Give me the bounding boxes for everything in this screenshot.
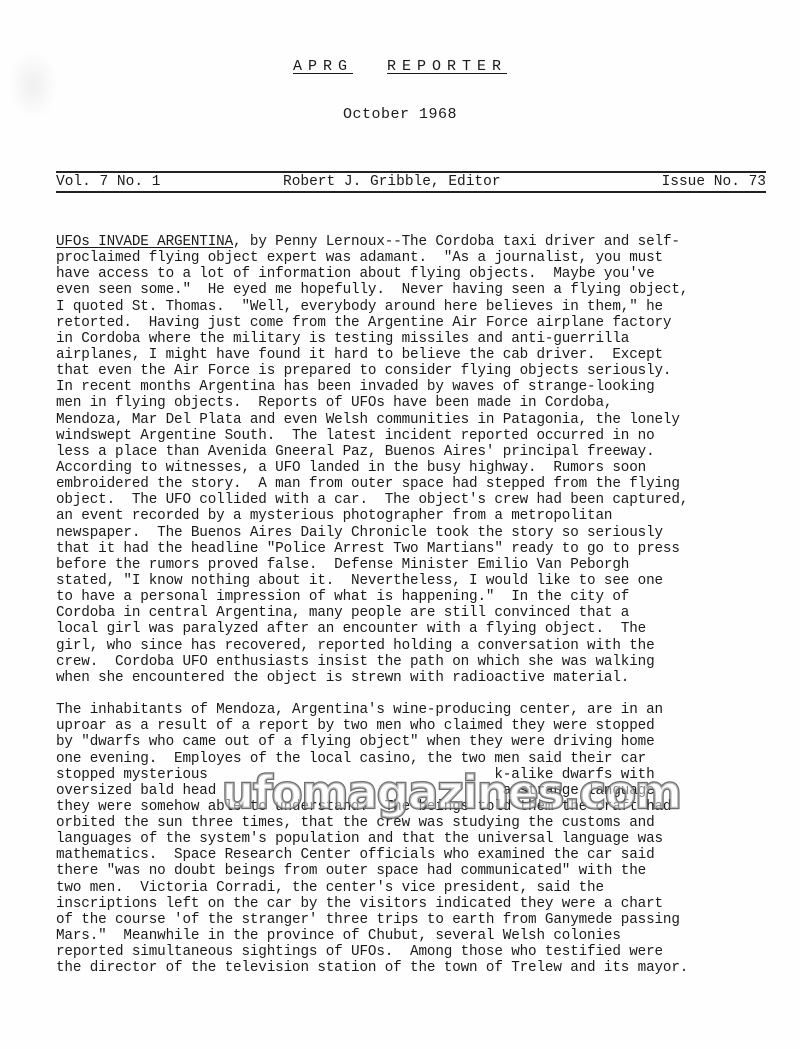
text-line: even seen some." He eyed me hopefully. N… bbox=[56, 282, 796, 298]
paragraph-gap bbox=[56, 686, 796, 702]
text-line: to have a personal impression of what is… bbox=[56, 589, 796, 605]
text-line: that even the Air Force is prepared to c… bbox=[56, 363, 796, 379]
text-line: have access to a lot of information abou… bbox=[56, 266, 796, 282]
text-line: two men. Victoria Corradi, the center's … bbox=[56, 880, 796, 896]
text-line: that it had the headline "Police Arrest … bbox=[56, 541, 796, 557]
text-line: Mars." Meanwhile in the province of Chub… bbox=[56, 928, 796, 944]
title-reporter: REPORTER bbox=[387, 58, 507, 75]
issue-number: Issue No. 73 bbox=[662, 174, 766, 190]
article-byline: , by Penny Lernoux--The Cordoba taxi dri… bbox=[233, 234, 680, 250]
text-line: Cordoba in central Argentina, many peopl… bbox=[56, 605, 796, 621]
text-line: less a place than Avenida Gneeral Paz, B… bbox=[56, 444, 796, 460]
text-line: Mendoza, Mar Del Plata and even Welsh co… bbox=[56, 412, 796, 428]
text-line: proclaimed flying object expert was adam… bbox=[56, 250, 796, 266]
document-page: APRGREPORTER October 1968 Vol. 7 No. 1 R… bbox=[0, 0, 800, 1049]
text-line: local girl was paralyzed after an encoun… bbox=[56, 621, 796, 637]
text-line: embroidered the story. A man from outer … bbox=[56, 476, 796, 492]
issue-date: October 1968 bbox=[0, 106, 800, 123]
volume-number: Vol. 7 No. 1 bbox=[56, 174, 160, 190]
masthead: Vol. 7 No. 1 Robert J. Gribble, Editor I… bbox=[56, 171, 766, 193]
text-line: uproar as a result of a report by two me… bbox=[56, 718, 796, 734]
text-line: mathematics. Space Research Center offic… bbox=[56, 847, 796, 863]
paragraph-2: The inhabitants of Mendoza, Argentina's … bbox=[56, 702, 796, 976]
text-line: In recent months Argentina has been inva… bbox=[56, 379, 796, 395]
text-line: there "was no doubt beings from outer sp… bbox=[56, 863, 796, 879]
text-line: an event recorded by a mysterious photog… bbox=[56, 508, 796, 524]
text-line: inscriptions left on the car by the visi… bbox=[56, 896, 796, 912]
article-body: UFOs INVADE ARGENTINA, by Penny Lernoux-… bbox=[56, 234, 796, 976]
text-line: by "dwarfs who came out of a flying obje… bbox=[56, 734, 796, 750]
text-line: I quoted St. Thomas. "Well, everybody ar… bbox=[56, 299, 796, 315]
text-line: retorted. Having just come from the Arge… bbox=[56, 315, 796, 331]
text-line: men in flying objects. Reports of UFOs h… bbox=[56, 395, 796, 411]
text-line: reported simultaneous sightings of UFOs.… bbox=[56, 944, 796, 960]
editor-name: Robert J. Gribble, Editor bbox=[283, 174, 501, 190]
text-line: one evening. Employes of the local casin… bbox=[56, 751, 796, 767]
newsletter-title: APRGREPORTER bbox=[0, 58, 800, 75]
paragraph-1: proclaimed flying object expert was adam… bbox=[56, 250, 796, 686]
title-aprg: APRG bbox=[293, 58, 353, 75]
text-line: in Cordoba where the military is testing… bbox=[56, 331, 796, 347]
article-headline: UFOs INVADE ARGENTINA bbox=[56, 234, 233, 250]
text-line: before the rumors proved false. Defense … bbox=[56, 557, 796, 573]
text-line: windswept Argentine South. The latest in… bbox=[56, 428, 796, 444]
article-first-line: UFOs INVADE ARGENTINA, by Penny Lernoux-… bbox=[56, 234, 796, 250]
watermark: ufomagazines.com bbox=[222, 766, 681, 819]
text-line: object. The UFO collided with a car. The… bbox=[56, 492, 796, 508]
text-line: crew. Cordoba UFO enthusiasts insist the… bbox=[56, 654, 796, 670]
text-line: newspaper. The Buenos Aires Daily Chroni… bbox=[56, 525, 796, 541]
text-line: girl, who since has recovered, reported … bbox=[56, 638, 796, 654]
text-line: stated, "I know nothing about it. Nevert… bbox=[56, 573, 796, 589]
text-line: the director of the television station o… bbox=[56, 960, 796, 976]
text-line: airplanes, I might have found it hard to… bbox=[56, 347, 796, 363]
text-line: The inhabitants of Mendoza, Argentina's … bbox=[56, 702, 796, 718]
text-line: According to witnesses, a UFO landed in … bbox=[56, 460, 796, 476]
text-line: when she encountered the object is strew… bbox=[56, 670, 796, 686]
text-line: languages of the system's population and… bbox=[56, 831, 796, 847]
text-line: of the course 'of the stranger' three tr… bbox=[56, 912, 796, 928]
